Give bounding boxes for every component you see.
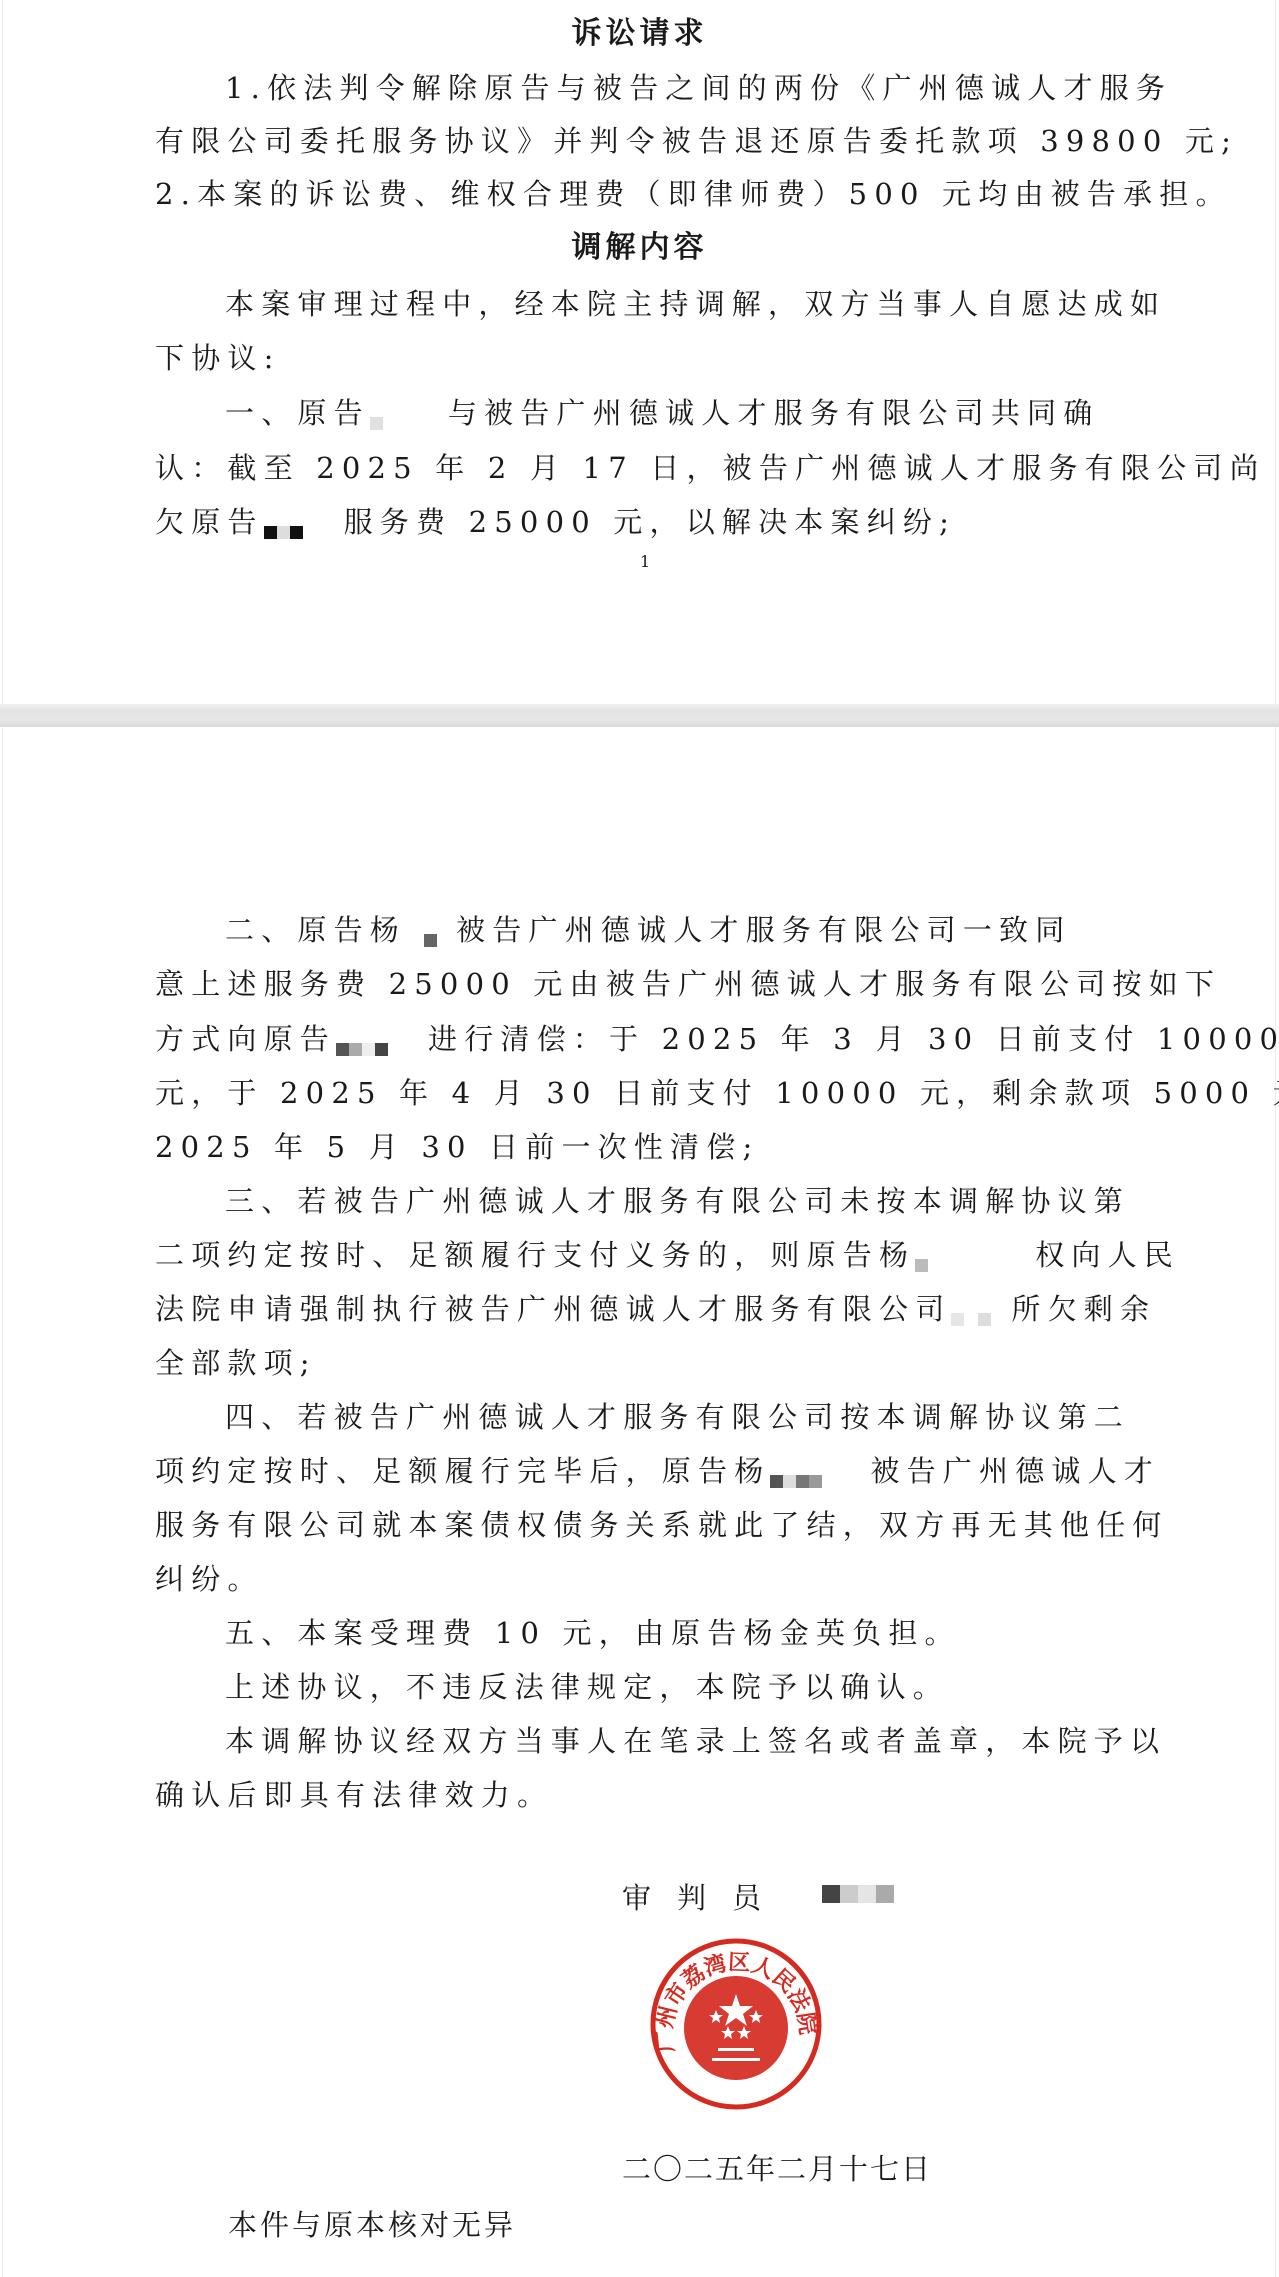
- item3-line2-prefix: 二项约定按时、足额履行支付义务的，则原告杨: [155, 1238, 915, 1272]
- item2-line-4: 元，于 2025 年 4 月 30 日前支付 10000 元，剩余款项 5000…: [155, 1075, 1145, 1111]
- redacted-name: [370, 402, 448, 428]
- item4-line2-prefix: 项约定按时、足额履行完毕后，原告杨: [155, 1454, 770, 1488]
- document-page-2: [2, 727, 1276, 2277]
- certification-note: 本件与原本核对无异: [228, 2203, 516, 2244]
- mediation-heading: 调解内容: [0, 230, 1279, 266]
- item3-line-1: 三、若被告广州德诚人才服务有限公司未按本调解协议第: [225, 1183, 1215, 1219]
- item4-line-4: 纠纷。: [155, 1561, 1145, 1597]
- item1-line-1: 一、原告与被告广州德诚人才服务有限公司共同确: [225, 395, 1215, 431]
- mediation-date: 二〇二五年二月十七日: [622, 2147, 932, 2188]
- item3-line-3: 法院申请强制执行被告广州德诚人才服务有限公司所欠剩余: [155, 1291, 1145, 1327]
- page-number: 1: [640, 552, 650, 571]
- judge-label: 审判员: [622, 1881, 787, 1915]
- item3-line-4: 全部款项;: [155, 1345, 1145, 1381]
- item2-suffix: 被告广州德诚人才服务有限公司一致同: [456, 913, 1071, 947]
- redacted-name: [406, 919, 456, 945]
- redacted-name: [336, 1028, 428, 1054]
- claim-line-2: 有限公司委托服务协议》并判令被告退还原告委托款项 39800 元;: [155, 123, 1145, 159]
- item1-line3-suffix: 服务费 25000 元，以解决本案纠纷;: [344, 505, 956, 539]
- intro-line-1: 本案审理过程中，经本院主持调解，双方当事人自愿达成如: [225, 286, 1215, 322]
- item4-line-1: 四、若被告广州德诚人才服务有限公司按本调解协议第二: [225, 1399, 1215, 1435]
- redacted-judge-name: [822, 1876, 912, 1902]
- item2-line3-suffix: 进行清偿：于 2025 年 3 月 30 日前支付 10000: [428, 1022, 1279, 1056]
- item4-line2-suffix: 被告广州德诚人才: [870, 1454, 1160, 1488]
- item5-line: 五、本案受理费 10 元，由原告杨金英负担。: [225, 1615, 1215, 1651]
- item3-line-2: 二项约定按时、足额履行支付义务的，则原告杨权向人民: [155, 1237, 1145, 1273]
- item2-line-2: 意上述服务费 25000 元由被告广州德诚人才服务有限公司按如下: [155, 966, 1145, 1002]
- redacted-name: [915, 1244, 1035, 1270]
- item3-line2-suffix: 权向人民: [1035, 1238, 1180, 1272]
- item4-line-3: 服务有限公司就本案债权债务关系就此了结，双方再无其他任何: [155, 1507, 1145, 1543]
- item1-line3-prefix: 欠原告: [155, 505, 264, 539]
- claim-line-1: 1.依法判令解除原告与被告之间的两份《广州德诚人才服务: [225, 70, 1215, 106]
- effect-line-1: 本调解协议经双方当事人在笔录上签名或者盖章，本院予以: [225, 1723, 1215, 1759]
- judge-signature-line: 审判员: [622, 1876, 912, 1917]
- item4-line-2: 项约定按时、足额履行完毕后，原告杨被告广州德诚人才: [155, 1453, 1145, 1489]
- item2-line-1: 二、原告杨被告广州德诚人才服务有限公司一致同: [225, 912, 1215, 948]
- redacted-name: [264, 511, 344, 537]
- claims-heading: 诉讼请求: [0, 16, 1279, 52]
- item2-line-5: 2025 年 5 月 30 日前一次性清偿;: [155, 1129, 1145, 1165]
- page-separator: [0, 704, 1279, 727]
- court-seal-stamp: 广州市荔湾区人民法院: [648, 1936, 824, 2112]
- item3-line3-suffix: 所欠剩余: [1011, 1292, 1156, 1326]
- claim-line-3: 2.本案的诉讼费、维权合理费（即律师费）500 元均由被告承担。: [155, 176, 1145, 212]
- redacted-text: [951, 1298, 1011, 1324]
- confirmation-line: 上述协议，不违反法律规定，本院予以确认。: [225, 1669, 1215, 1705]
- item1-line-2: 认：截至 2025 年 2 月 17 日，被告广州德诚人才服务有限公司尚: [155, 450, 1145, 486]
- item3-line3-prefix: 法院申请强制执行被告广州德诚人才服务有限公司: [155, 1292, 951, 1326]
- item1-line-3: 欠原告服务费 25000 元，以解决本案纠纷;: [155, 504, 1145, 540]
- item1-suffix: 与被告广州德诚人才服务有限公司共同确: [448, 396, 1100, 430]
- item1-prefix: 一、原告: [225, 396, 370, 430]
- effect-line-2: 确认后即具有法律效力。: [155, 1777, 1145, 1813]
- item2-prefix: 二、原告杨: [225, 913, 406, 947]
- intro-line-2: 下协议:: [155, 340, 1145, 376]
- item2-line-3: 方式向原告进行清偿：于 2025 年 3 月 30 日前支付 10000: [155, 1021, 1145, 1057]
- redacted-name: [770, 1460, 870, 1486]
- item2-line3-prefix: 方式向原告: [155, 1022, 336, 1056]
